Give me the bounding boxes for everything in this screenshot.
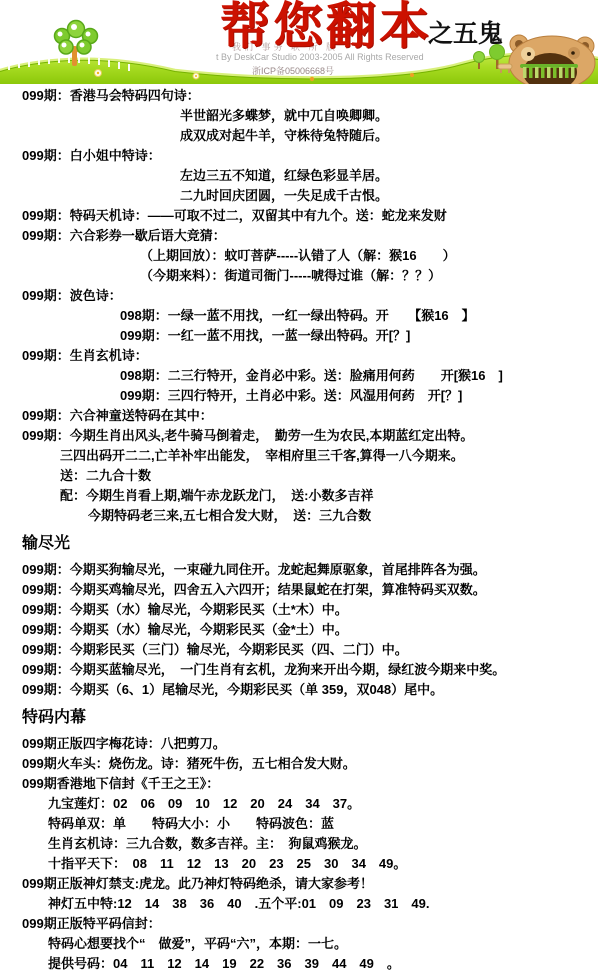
text-line: 099期：今期买蓝输尽光， 一门生肖有玄机，龙狗来开出今期，绿红波今期来中奖。 — [22, 660, 598, 680]
page: 我们 事务 联 所 版 t By DeskCar Studio 2003-200… — [0, 0, 598, 977]
text-line: 099期：香港马会特码四句诗： — [22, 86, 598, 106]
content: 099期：香港马会特码四句诗：半世韶光多蝶梦，就中兀自唤卿卿。成双成对起牛羊，守… — [0, 84, 598, 974]
text-line: 特码心想要找个“ 做爱”，平码“六”，本期：一七。 — [48, 934, 598, 954]
text-line: 左边三五不知道，红绿色彩显羊居。 — [180, 166, 598, 186]
page-header: 我们 事务 联 所 版 t By DeskCar Studio 2003-200… — [0, 0, 598, 84]
text-line: 生肖玄机诗：三九合数，数多吉祥。主： 狗鼠鸡猴龙。 — [48, 834, 598, 854]
masthead: 帮您翻本 之五鬼 — [220, 0, 503, 56]
text-line: 今期特码老三来,五七相合发大财， 送：三九合数 — [88, 506, 598, 526]
page-title-suffix: 之五鬼 — [428, 17, 503, 56]
text-line: 二九时回庆团圆，一失足成千古恨。 — [180, 186, 598, 206]
text-line: 099期：生肖玄机诗： — [22, 346, 598, 366]
text-line: 十指平天下： 08 11 12 13 20 23 25 30 34 49。 — [48, 854, 598, 874]
text-line: 099期：今期生肖出风头,老牛骑马倒着走， 勤劳一生为农民,本期蓝红定出特。 — [22, 426, 598, 446]
section-heading: 输尽光 — [22, 534, 598, 554]
page-title: 帮您翻本 — [220, 0, 432, 56]
text-line: 099期：三四行特开，土肖必中彩。送：风湿用何药 开[？] — [120, 386, 598, 406]
text-line: 099期：今期买（6、1）尾输尽光，今期彩民买（单 359，双048）尾中。 — [22, 680, 598, 700]
text-line: 099期火车头：烧伤龙。诗：猪死牛伤，五七相合发大财。 — [22, 754, 598, 774]
text-line: 送：二九合十数 — [60, 466, 598, 486]
text-line: 099期正版特平码信封： — [22, 914, 598, 934]
text-line: 099期：今期彩民买（三门）输尽光，今期彩民买（四、二门）中。 — [22, 640, 598, 660]
text-line: 099期正版四字梅花诗：八把剪刀。 — [22, 734, 598, 754]
text-line: 特码单双：单 特码大小：小 特码波色：蓝 — [48, 814, 598, 834]
text-line: 099期：六合神童送特码在其中： — [22, 406, 598, 426]
text-line: 099期：今期买狗输尽光，一束碰九同住开。龙蛇起舞原驱象，首尾排阵各为强。 — [22, 560, 598, 580]
text-line: 神灯五中特:12 14 38 36 40 .五个平:01 09 23 31 49… — [48, 894, 598, 914]
text-line: 099期正版神灯禁支:虎龙。此乃神灯特码绝杀，请大家参考！ — [22, 874, 598, 894]
text-line: 099期香港地下信封《千王之王》： — [22, 774, 598, 794]
text-line: 098期：二三行特开，金肖必中彩。送：脸痛用何药 开[猴16 ] — [120, 366, 598, 386]
text-line: 半世韶光多蝶梦，就中兀自唤卿卿。 — [180, 106, 598, 126]
text-line: 099期：白小姐中特诗： — [22, 146, 598, 166]
text-line: 成双成对起牛羊，守株待兔特随后。 — [180, 126, 598, 146]
text-line: 三四出码开二二,亡羊补牢出能发， 宰相府里三千客,算得一八今期来。 — [60, 446, 598, 466]
text-line: 099期：今期买（水）输尽光，今期彩民买（金*土）中。 — [22, 620, 598, 640]
text-line: （上期回放）：蚊叮菩萨-----认错了人（解：猴16 ） — [140, 246, 598, 266]
text-line: 099期：今期买（水）输尽光，今期彩民买（土*木）中。 — [22, 600, 598, 620]
text-line: 099期：特码天机诗：——可取不过二，双留其中有九个。送：蛇龙来发财 — [22, 206, 598, 226]
text-line: 099期：一红一蓝不用找，一蓝一绿出特码。开[？] — [120, 326, 598, 346]
text-line: 提供号码：04 11 12 14 19 22 36 39 44 49 。 — [48, 954, 598, 974]
text-line: 099期：六合彩券一歇后语大竞猜： — [22, 226, 598, 246]
text-line: 098期：一绿一蓝不用找，一红一绿出特码。开 【猴16 】 — [120, 306, 598, 326]
text-line: 配：今期生肖看上期,端午赤龙跃龙门， 送:小数多吉祥 — [60, 486, 598, 506]
text-line: （今期来料）：街道司衙门-----唬得过谁（解：？？） — [140, 266, 598, 286]
text-line: 099期：今期买鸡输尽光，四舍五入六四开；结果鼠蛇在打架，算准特码买双数。 — [22, 580, 598, 600]
text-line: 九宝莲灯：02 06 09 10 12 20 24 34 37。 — [48, 794, 598, 814]
text-line: 099期：波色诗： — [22, 286, 598, 306]
section-heading: 特码内幕 — [22, 708, 598, 728]
icp-text: 浙ICP备05006668号 — [252, 64, 334, 77]
